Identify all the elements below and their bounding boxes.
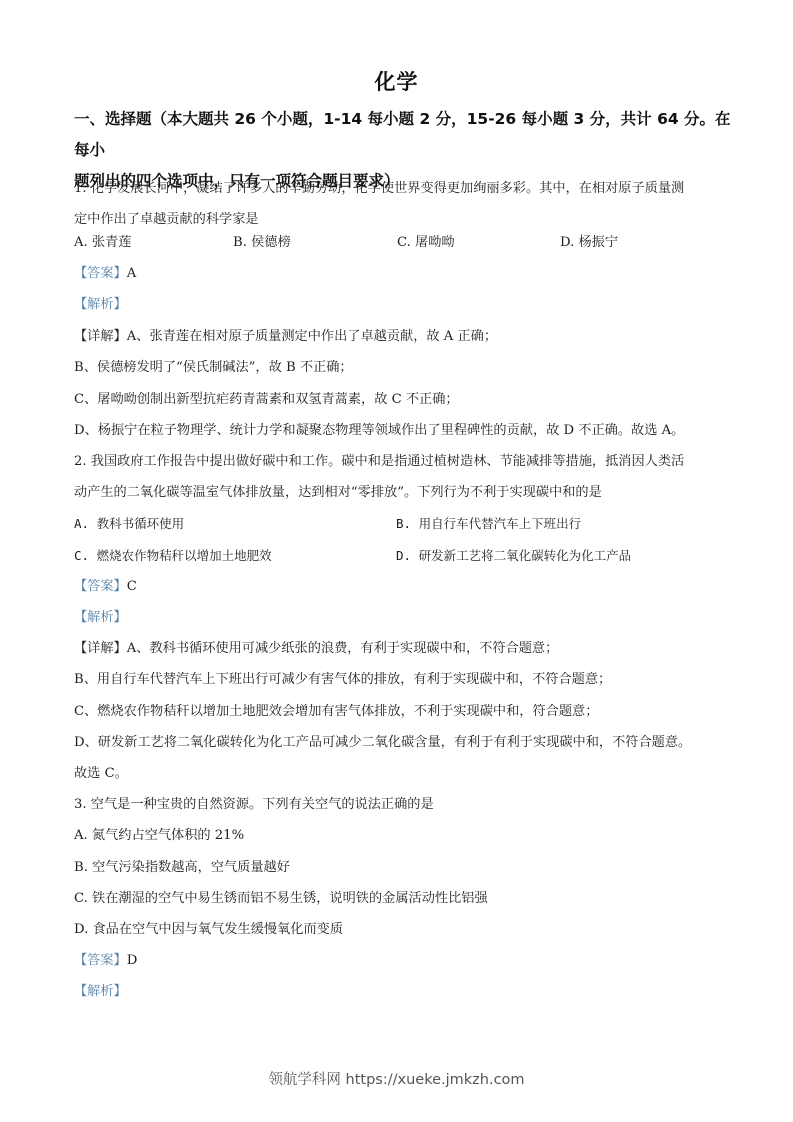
question-stem-line: 1. 化学发展长河中，凝结了许多人的辛勤劳动，化学使世界变得更加绚丽多彩。其中，…	[74, 179, 684, 199]
detail-row: 【详解】A、张青莲在相对原子质量测定中作出了卓越贡献，故 A 正确；	[74, 327, 497, 347]
detail-label: 【详解】	[74, 641, 127, 656]
question-stem-line: 动产生的二氧化碳等温室气体排放量，达到相对“零排放”。下列行为不利于实现碳中和的…	[74, 483, 602, 503]
answer-row: 【答案】C	[74, 577, 137, 597]
document-title: 化学	[0, 66, 793, 96]
detail-line: C、屠呦呦创制出新型抗疟药青蒿素和双氢青蒿素，故 C 不正确；	[74, 390, 459, 410]
question-stem-line: 3. 空气是一种宝贵的自然资源。下列有关空气的说法正确的是	[74, 795, 434, 815]
option-c: C. 屠呦呦	[397, 233, 455, 253]
detail-line: B、侯德榜发明了“侯氏制碱法”，故 B 不正确；	[74, 358, 353, 378]
analysis-label: 【解析】	[74, 295, 127, 315]
option-d: D. 杨振宁	[560, 233, 618, 253]
option-c: C. 燃烧农作物秸秆以增加土地肥效	[74, 546, 272, 566]
answer-label: 【答案】	[74, 579, 127, 594]
detail-line: D、研发新工艺将二氧化碳转化为化工产品可减少二氧化碳含量，有利于有利于实现碳中和…	[74, 733, 691, 753]
detail-line: A、教科书循环使用可减少纸张的浪费，有利于实现碳中和，不符合题意；	[127, 641, 559, 656]
answer-label: 【答案】	[74, 953, 127, 968]
option-a: A. 氮气约占空气体积的 21%	[74, 826, 244, 846]
answer-row: 【答案】D	[74, 951, 137, 971]
detail-row: 【详解】A、教科书循环使用可减少纸张的浪费，有利于实现碳中和，不符合题意；	[74, 639, 558, 659]
detail-line: B、用自行车代替汽车上下班出行可减少有害气体的排放，有利于实现碳中和，不符合题意…	[74, 670, 611, 690]
detail-label: 【详解】	[74, 329, 127, 344]
analysis-label: 【解析】	[74, 608, 127, 628]
option-b: B. 空气污染指数越高，空气质量越好	[74, 858, 290, 878]
option-a: A. 张青莲	[74, 233, 131, 253]
answer-label: 【答案】	[74, 266, 127, 281]
document-page: 化学 一、选择题（本大题共 26 个小题，1-14 每小题 2 分，15-26 …	[0, 0, 793, 1122]
answer-value: A	[127, 266, 137, 281]
option-b: B. 侯德榜	[233, 233, 291, 253]
answer-value: C	[127, 579, 137, 594]
option-a: A. 教科书循环使用	[74, 514, 184, 534]
analysis-label: 【解析】	[74, 982, 127, 1002]
option-c: C. 铁在潮湿的空气中易生锈而铝不易生锈，说明铁的金属活动性比铝强	[74, 889, 488, 909]
detail-line: 故选 C。	[74, 764, 128, 784]
question-stem-line: 2. 我国政府工作报告中提出做好碳中和工作。碳中和是指通过植树造林、节能减排等措…	[74, 452, 684, 472]
detail-line: A、张青莲在相对原子质量测定中作出了卓越贡献，故 A 正确；	[127, 329, 497, 344]
question-stem-line: 定中作出了卓越贡献的科学家是	[74, 210, 259, 230]
answer-row: 【答案】A	[74, 264, 136, 284]
answer-value: D	[127, 953, 138, 968]
detail-line: D、杨振宁在粒子物理学、统计力学和凝聚态物理等领域作出了里程碑性的贡献，故 D …	[74, 421, 684, 441]
option-d: D. 食品在空气中因与氧气发生缓慢氧化而变质	[74, 920, 343, 940]
detail-line: C、燃烧农作物秸秆以增加土地肥效会增加有害气体排放，不利于实现碳中和，符合题意；	[74, 702, 598, 722]
option-b: B. 用自行车代替汽车上下班出行	[396, 514, 581, 534]
option-d: D. 研发新工艺将二氧化碳转化为化工产品	[396, 546, 631, 566]
section-heading-line: 一、选择题（本大题共 26 个小题，1-14 每小题 2 分，15-26 每小题…	[74, 104, 734, 166]
footer-watermark: 领航学科网 https://xueke.jmkzh.com	[0, 1068, 793, 1089]
